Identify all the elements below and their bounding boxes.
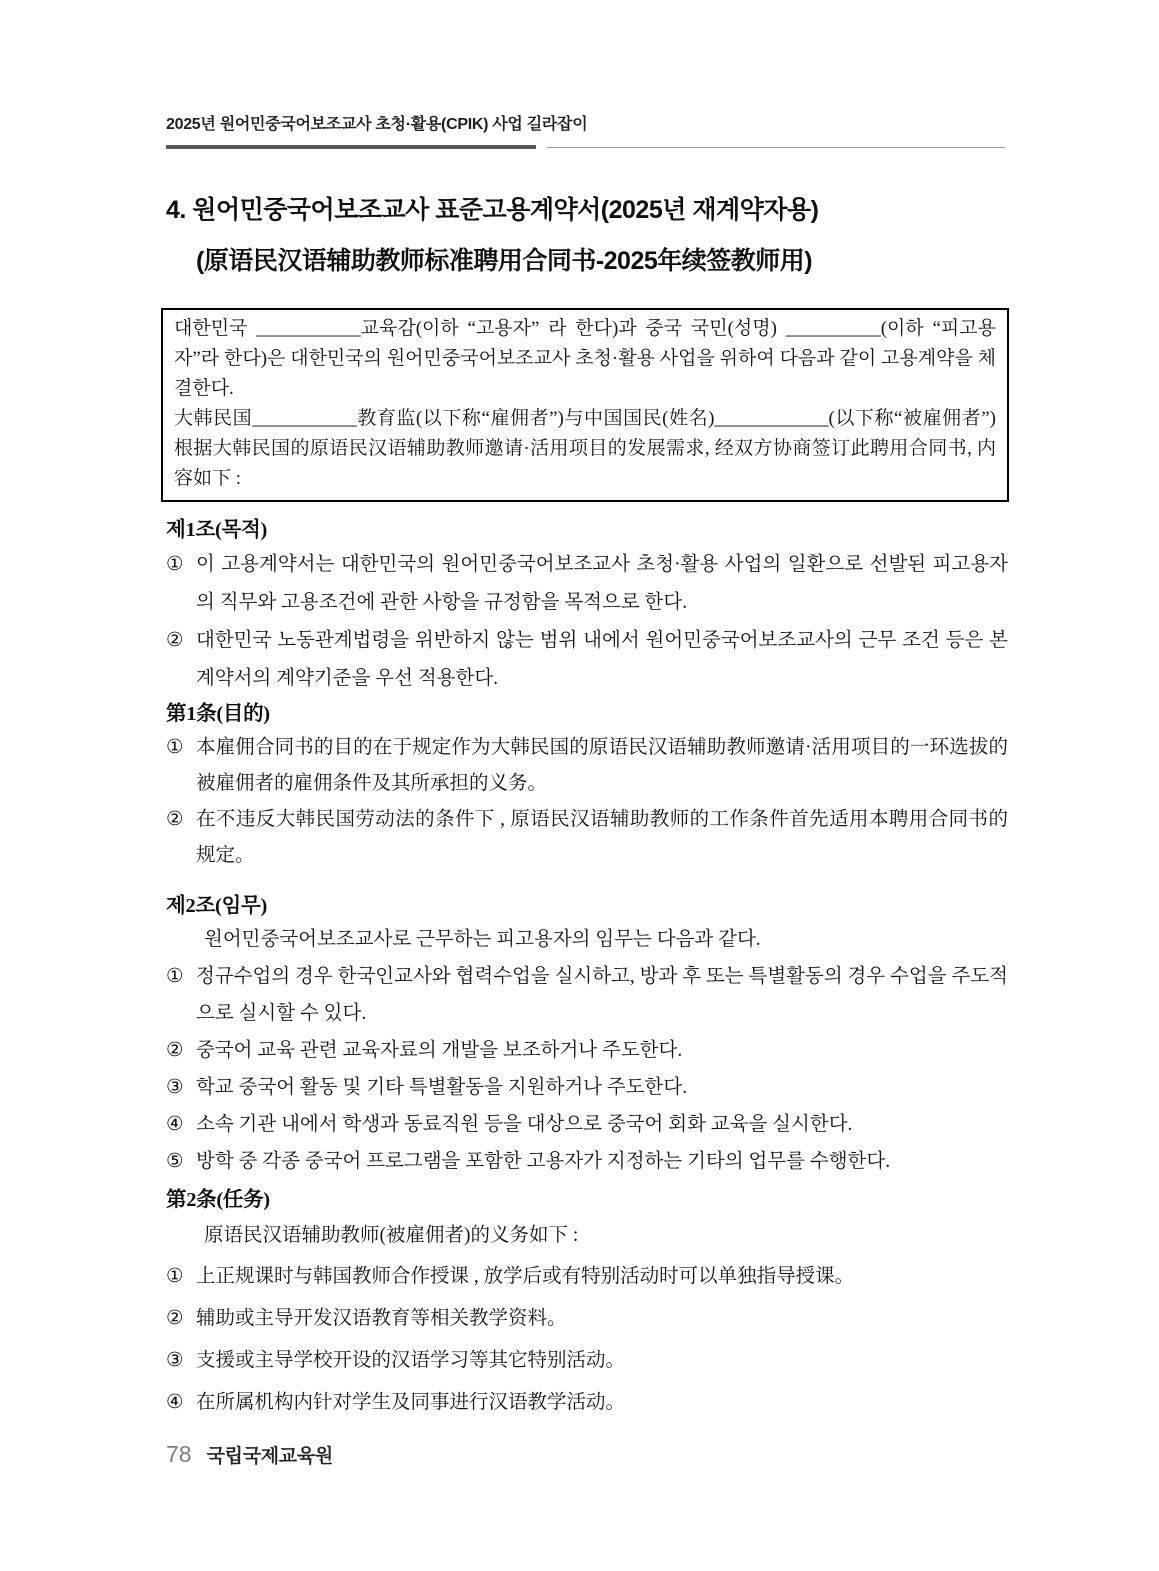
item-marker: ③ [166,1340,196,1382]
clause-item: ① 本雇佣合同书的目的在于规定作为大韩民国的原语民汉语辅助教师邀请·活用项目的一… [166,730,1008,802]
item-text: 이 고용계약서는 대한민국의 원어민중국어보조교사 초청·활용 사업의 일환으로… [196,546,1008,622]
item-text: 소속 기관 내에서 학생과 동료직원 등을 대상으로 중국어 회화 교육을 실시… [196,1106,1008,1143]
preamble-chinese: 大韩民国___________教育监(以下称“雇佣者”)与中国国民(姓名)___… [174,404,996,494]
clause-item: ② 중국어 교육 관련 교육자료의 개발을 보조하거나 주도한다. [166,1032,1008,1069]
item-marker: ④ [166,1382,196,1424]
item-text: 중국어 교육 관련 교육자료의 개발을 보조하거나 주도한다. [196,1032,1008,1069]
document-page: 2025년 원어민중국어보조교사 초청·활용(CPIK) 사업 길라잡이 4. … [0,0,1159,1571]
item-marker: ① [166,1256,196,1298]
item-marker: ④ [166,1106,196,1143]
section-title: 4. 원어민중국어보조교사 표준고용계약서(2025년 재계약자용) (原语民汉… [166,185,1026,287]
header-rule-thick [166,145,536,149]
clause-section: 제1조(목적) ① 이 고용계약서는 대한민국의 원어민중국어보조교사 초청·활… [166,514,1008,698]
clause-section: 第1条(目的) ① 本雇佣合同书的目的在于规定作为大韩民国的原语民汉语辅助教师邀… [166,698,1008,874]
clause-item: ① 정규수업의 경우 한국인교사와 협력수업을 실시하고, 방과 후 또는 특별… [166,958,1008,1032]
clause-heading: 제2조(임무) [166,890,1008,922]
clause-item: ③ 支援或主导学校开设的汉语学习等其它特别活动。 [166,1340,1008,1382]
item-marker: ③ [166,1069,196,1106]
clause-heading: 第2条(任务) [166,1184,1008,1216]
contract-preamble-box: 대한민국 ___________교육감(이하 “고용자” 라 한다)과 중국 국… [161,308,1009,502]
page-footer: 78 국립국제교육원 [166,1441,333,1468]
item-marker: ② [166,1298,196,1340]
item-text: 학교 중국어 활동 및 기타 특별활동을 지원하거나 주도한다. [196,1069,1008,1106]
clause-heading: 第1条(目的) [166,698,1008,730]
clause-intro: 원어민중국어보조교사로 근무하는 피고용자의 임무는 다음과 같다. [166,922,1008,958]
preamble-korean: 대한민국 ___________교육감(이하 “고용자” 라 한다)과 중국 국… [174,314,996,404]
item-text: 대한민국 노동관계법령을 위반하지 않는 범위 내에서 원어민중국어보조교사의 … [196,622,1008,698]
clause-item: ⑤ 방학 중 각종 중국어 프로그램을 포함한 고용자가 지정하는 기타의 업무… [166,1143,1008,1180]
item-text: 上正规课时与韩国教师合作授课 , 放学后或有特别活动时可以单独指导授课。 [196,1256,1008,1298]
item-text: 支援或主导学校开设的汉语学习等其它特别活动。 [196,1340,1008,1382]
item-text: 정규수업의 경우 한국인교사와 협력수업을 실시하고, 방과 후 또는 특별활동… [196,958,1008,1032]
clause-item: ② 辅助或主导开发汉语教育等相关教学资料。 [166,1298,1008,1340]
clause-item: ③ 학교 중국어 활동 및 기타 특별활동을 지원하거나 주도한다. [166,1069,1008,1106]
item-marker: ② [166,1032,196,1069]
clause-item: ① 上正规课时与韩国教师合作授课 , 放学后或有特别活动时可以单独指导授课。 [166,1256,1008,1298]
clause-item: ② 在不违反大韩民国劳动法的条件下 , 原语民汉语辅助教师的工作条件首先适用本聘… [166,802,1008,874]
clause-section: 第2条(任务) 原语民汉语辅助教师(被雇佣者)的义务如下 : ① 上正规课时与韩… [166,1184,1008,1424]
clauses-container: 제1조(목적) ① 이 고용계약서는 대한민국의 원어민중국어보조교사 초청·활… [166,514,1008,1424]
clause-item: ① 이 고용계약서는 대한민국의 원어민중국어보조교사 초청·활용 사업의 일환… [166,546,1008,622]
item-marker: ② [166,802,196,874]
item-marker: ① [166,958,196,1032]
item-marker: ① [166,730,196,802]
item-text: 本雇佣合同书的目的在于规定作为大韩民国的原语民汉语辅助教师邀请·活用项目的一环选… [196,730,1008,802]
item-text: 辅助或主导开发汉语教育等相关教学资料。 [196,1298,1008,1340]
item-marker: ① [166,546,196,622]
section-title-korean: 4. 원어민중국어보조교사 표준고용계약서(2025년 재계약자용) [166,185,1026,236]
clause-heading: 제1조(목적) [166,514,1008,546]
running-header: 2025년 원어민중국어보조교사 초청·활용(CPIK) 사업 길라잡이 [166,111,587,134]
clause-intro: 原语民汉语辅助教师(被雇佣者)的义务如下 : [166,1216,1008,1256]
item-marker: ② [166,622,196,698]
section-title-chinese: (原语民汉语辅助教师标准聘用合同书-2025年续签教师用) [166,236,1026,287]
clause-item: ④ 소속 기관 내에서 학생과 동료직원 등을 대상으로 중국어 회화 교육을 … [166,1106,1008,1143]
item-text: 在不违反大韩民国劳动法的条件下 , 原语民汉语辅助教师的工作条件首先适用本聘用合… [196,802,1008,874]
header-rule-thin [547,147,1005,148]
item-text: 在所属机构内针对学生及同事进行汉语教学活动。 [196,1382,1008,1424]
clause-section: 제2조(임무) 원어민중국어보조교사로 근무하는 피고용자의 임무는 다음과 같… [166,890,1008,1180]
item-marker: ⑤ [166,1143,196,1180]
publisher-name: 국립국제교육원 [207,1441,333,1468]
clause-item: ② 대한민국 노동관계법령을 위반하지 않는 범위 내에서 원어민중국어보조교사… [166,622,1008,698]
item-text: 방학 중 각종 중국어 프로그램을 포함한 고용자가 지정하는 기타의 업무를 … [196,1143,1008,1180]
clause-item: ④ 在所属机构内针对学生及同事进行汉语教学活动。 [166,1382,1008,1424]
page-number: 78 [166,1441,192,1468]
